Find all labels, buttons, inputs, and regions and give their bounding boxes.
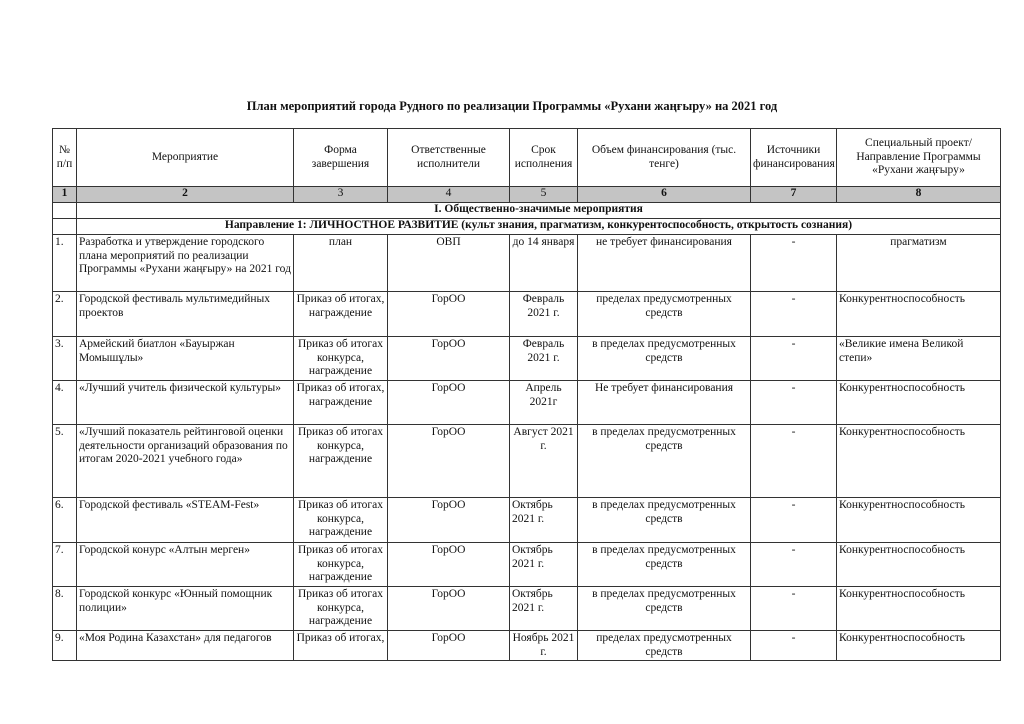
table-row: 7. Городской конурс «Алтын мерген»Приказ… <box>53 543 1001 587</box>
funding-amount: пределах предусмотренных средств <box>578 631 751 661</box>
event-name: Городской конкурс «Юнный помощник полици… <box>77 587 294 631</box>
funding-source: - <box>751 587 837 631</box>
header-project: Специальный проект/Направление Программы… <box>837 129 1001 187</box>
funding-amount: в пределах предусмотренных средств <box>578 498 751 543</box>
event-name: Городской конурс «Алтын мерген» <box>77 543 294 587</box>
deadline: Август 2021 г. <box>510 425 578 498</box>
funding-amount: в пределах предусмотренных средств <box>578 543 751 587</box>
completion-form: Приказ об итогах конкурса, награждение <box>294 337 388 381</box>
completion-form: Приказ об итогах, награждение <box>294 292 388 337</box>
deadline: Ноябрь 2021 г. <box>510 631 578 661</box>
header-funding: Объем финансирования (тыс. тенге) <box>578 129 751 187</box>
event-name: Городской фестиваль мультимедийных проек… <box>77 292 294 337</box>
header-row: № п/п Мероприятие Форма завершения Ответ… <box>53 129 1001 187</box>
column-number: 6 <box>578 187 751 203</box>
special-project: Конкурентноспособность <box>837 543 1001 587</box>
header-event: Мероприятие <box>77 129 294 187</box>
funding-amount: пределах предусмотренных средств <box>578 292 751 337</box>
funding-amount: в пределах предусмотренных средств <box>578 337 751 381</box>
event-name: Разработка и утверждение городского план… <box>77 235 294 292</box>
completion-form: Приказ об итогах конкурса, награждение <box>294 587 388 631</box>
responsible: ГорОО <box>388 425 510 498</box>
funding-source: - <box>751 631 837 661</box>
column-number: 7 <box>751 187 837 203</box>
document-title: План мероприятий города Рудного по реали… <box>0 99 1024 114</box>
section-title: I. Общественно-значимые мероприятия <box>77 203 1001 219</box>
funding-amount: в пределах предусмотренных средств <box>578 425 751 498</box>
funding-source: - <box>751 543 837 587</box>
header-form: Форма завершения <box>294 129 388 187</box>
section-row: I. Общественно-значимые мероприятия <box>53 203 1001 219</box>
special-project: Конкурентноспособность <box>837 425 1001 498</box>
events-plan-table: № п/п Мероприятие Форма завершения Ответ… <box>52 128 1001 661</box>
responsible: ГорОО <box>388 498 510 543</box>
header-number: № п/п <box>53 129 77 187</box>
completion-form: Приказ об итогах конкурса, награждение <box>294 543 388 587</box>
special-project: Конкурентноспособность <box>837 498 1001 543</box>
funding-source: - <box>751 425 837 498</box>
row-number: 6. <box>53 498 77 543</box>
header-source: Источники финансирования <box>751 129 837 187</box>
responsible: ГорОО <box>388 381 510 425</box>
completion-form: план <box>294 235 388 292</box>
responsible: ОВП <box>388 235 510 292</box>
completion-form: Приказ об итогах конкурса, награждение <box>294 498 388 543</box>
responsible: ГорОО <box>388 337 510 381</box>
table-row: 9.«Моя Родина Казахстан» для педагоговПр… <box>53 631 1001 661</box>
row-number: 5. <box>53 425 77 498</box>
row-number: 3. <box>53 337 77 381</box>
column-number: 1 <box>53 187 77 203</box>
deadline: до 14 января <box>510 235 578 292</box>
completion-form: Приказ об итогах, <box>294 631 388 661</box>
empty-cell <box>53 203 77 219</box>
deadline: Октябрь 2021 г. <box>510 587 578 631</box>
row-number: 2. <box>53 292 77 337</box>
table-row: 1.Разработка и утверждение городского пл… <box>53 235 1001 292</box>
header-responsible: Ответственные исполнители <box>388 129 510 187</box>
row-number: 1. <box>53 235 77 292</box>
completion-form: Приказ об итогах конкурса, награждение <box>294 425 388 498</box>
row-number: 8. <box>53 587 77 631</box>
direction-title: Направление 1: ЛИЧНОСТНОЕ РАЗВИТИЕ (куль… <box>77 219 1001 235</box>
deadline: Февраль 2021 г. <box>510 337 578 381</box>
special-project: Конкурентноспособность <box>837 631 1001 661</box>
special-project: прагматизм <box>837 235 1001 292</box>
direction-row: Направление 1: ЛИЧНОСТНОЕ РАЗВИТИЕ (куль… <box>53 219 1001 235</box>
completion-form: Приказ об итогах, награждение <box>294 381 388 425</box>
column-number-row: 1 2 3 4 5 6 7 8 <box>53 187 1001 203</box>
deadline: Февраль 2021 г. <box>510 292 578 337</box>
row-number: 4. <box>53 381 77 425</box>
special-project: Конкурентноспособность <box>837 292 1001 337</box>
table-row: 2.Городской фестиваль мультимедийных про… <box>53 292 1001 337</box>
column-number: 4 <box>388 187 510 203</box>
header-deadline: Срок исполнения <box>510 129 578 187</box>
column-number: 3 <box>294 187 388 203</box>
funding-source: - <box>751 235 837 292</box>
responsible: ГорОО <box>388 292 510 337</box>
table-row: 6. Городской фестиваль «STEAM-Fest»Прика… <box>53 498 1001 543</box>
responsible: ГорОО <box>388 631 510 661</box>
special-project: «Великие имена Великой степи» <box>837 337 1001 381</box>
row-number: 7. <box>53 543 77 587</box>
funding-source: - <box>751 337 837 381</box>
event-name: Городской фестиваль «STEAM-Fest» <box>77 498 294 543</box>
funding-amount: в пределах предусмотренных средств <box>578 587 751 631</box>
funding-amount: не требует финансирования <box>578 235 751 292</box>
funding-source: - <box>751 381 837 425</box>
deadline: Октябрь 2021 г. <box>510 543 578 587</box>
column-number: 8 <box>837 187 1001 203</box>
event-name: «Моя Родина Казахстан» для педагогов <box>77 631 294 661</box>
column-number: 5 <box>510 187 578 203</box>
funding-amount: Не требует финансирования <box>578 381 751 425</box>
table-row: 4.«Лучший учитель физической культуры»Пр… <box>53 381 1001 425</box>
table-body: 1.Разработка и утверждение городского пл… <box>53 235 1001 661</box>
event-name: Армейский биатлон «Бауыржан Момышұлы» <box>77 337 294 381</box>
responsible: ГорОО <box>388 587 510 631</box>
table-row: 8.Городской конкурс «Юнный помощник поли… <box>53 587 1001 631</box>
row-number: 9. <box>53 631 77 661</box>
funding-source: - <box>751 292 837 337</box>
deadline: Октябрь 2021 г. <box>510 498 578 543</box>
responsible: ГорОО <box>388 543 510 587</box>
funding-source: - <box>751 498 837 543</box>
column-number: 2 <box>77 187 294 203</box>
special-project: Конкурентноспособность <box>837 587 1001 631</box>
deadline: Апрель 2021г <box>510 381 578 425</box>
table-row: 3.Армейский биатлон «Бауыржан Момышұлы»П… <box>53 337 1001 381</box>
table-row: 5.«Лучший показатель рейтинговой оценки … <box>53 425 1001 498</box>
event-name: «Лучший показатель рейтинговой оценки де… <box>77 425 294 498</box>
special-project: Конкурентноспособность <box>837 381 1001 425</box>
event-name: «Лучший учитель физической культуры» <box>77 381 294 425</box>
empty-cell <box>53 219 77 235</box>
